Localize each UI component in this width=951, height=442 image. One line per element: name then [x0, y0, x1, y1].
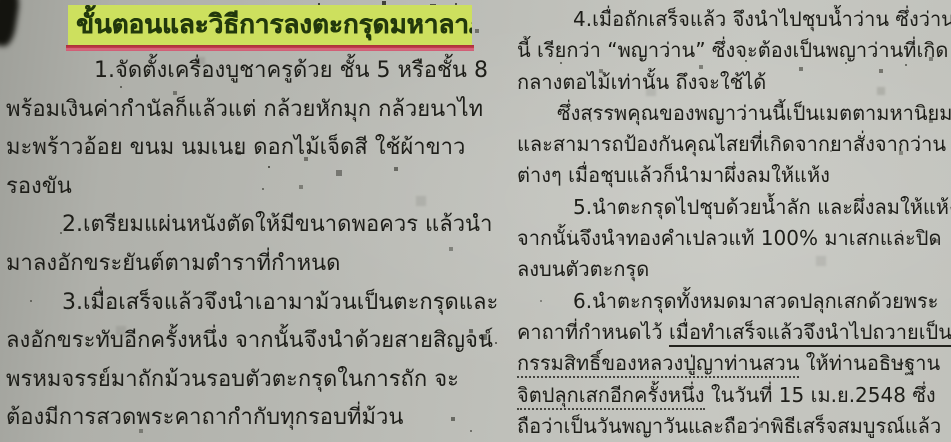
text-line: จิตปลุกเสกอีกครั้งหนึ่ง ในวันที่ 15 เม.ย… — [517, 380, 951, 411]
text-line: จากนั้นจึงนำทองคำเปลวแท้ 100% มาเสกและปิ… — [517, 223, 951, 254]
phrase: ให้ท่านอธิษฐาน — [799, 351, 940, 375]
text-line: 5.นำตะกรุดไปชุบด้วยน้ำลัก และผึ่งลมให้แห… — [517, 192, 951, 223]
text-line: ต้องมีการสวดพระคาถากำกับทุกรอบที่ม้วน — [6, 399, 515, 438]
text-line: คาถาที่กำหนดไว้ เมื่อทำเสร็จแล้วจึงนำไปถ… — [517, 317, 951, 348]
text-line: ต่างๆ เมื่อชุบแล้วก็นำมาผึ่งลมให้แห้ง — [517, 160, 951, 191]
right-column: 4.เมื่อถักเสร็จแล้ว จึงนำไปชุบน้ำว่าน ซึ… — [517, 4, 951, 442]
text-line: พรหมจรรย์มาถักม้วนรอบตัวตะกรุดในการถัก จ… — [6, 361, 515, 400]
text-line: นี้ เรียกว่า “พญาว่าน” ซึ่งจะต้องเป็นพญา… — [517, 35, 951, 66]
text-line: กลางตอไม้เท่านั้น ถึงจะใช้ได้ — [517, 67, 951, 98]
corner-smudge-decoration — [0, 0, 21, 48]
title-underline-decoration — [66, 45, 474, 51]
text-line: และสามารถป้องกันคุณไสยที่เกิดจากยาสั่งจา… — [517, 129, 951, 160]
text-line: 4.เมื่อถักเสร็จแล้ว จึงนำไปชุบน้ำว่าน ซึ… — [517, 4, 951, 35]
phrase: ในวันที่ 15 เม.ย.2548 ซึ่ง — [705, 383, 936, 407]
text-line: 6.นำตะกรุดทั้งหมดมาสวดปลุกเสกด้วยพระ — [517, 286, 951, 317]
text-line: มะพร้าวอ้อย ขนม นมเนย ดอกไม้เจ็ดสี ใช้ผ้… — [6, 129, 515, 168]
text-line: 2.เตรียมแผ่นหนังตัดให้มีขนาดพอควร แล้วนำ — [6, 206, 515, 245]
underlined-phrase: เมื่อทำเสร็จแล้วจึงนำไปถวายเป็น — [669, 320, 951, 347]
underlined-phrase: กรรมสิทธิ์ของหลวงปู่ญาท่านสวน — [517, 351, 799, 378]
text-line: ลงอักขระทับอีกครั้งหนึ่ง จากนั้นจึงนำด้ว… — [6, 322, 515, 361]
document-photo: ขั้นตอนและวิธีการลงตะกรุดมหาลาภ 1.จัดตั้… — [0, 0, 951, 442]
text-line: ลงบนตัวตะกรุด — [517, 254, 951, 285]
underlined-phrase: จิตปลุกเสกอีกครั้งหนึ่ง — [517, 383, 705, 410]
phrase: คาถาที่กำหนดไว้ — [517, 320, 669, 344]
text-line: กรรมสิทธิ์ของหลวงปู่ญาท่านสวน ให้ท่านอธิ… — [517, 348, 951, 379]
left-column: 1.จัดตั้งเครื่องบูชาครูด้วย ชั้น 5 หรือช… — [6, 52, 515, 438]
page-title: ขั้นตอนและวิธีการลงตะกรุดมหาลาภ — [68, 5, 472, 45]
text-line: มาลงอักขระยันต์ตามตำราที่กำหนด — [6, 245, 515, 284]
page-title-text: ขั้นตอนและวิธีการลงตะกรุดมหาลาภ — [76, 10, 472, 40]
text-line: รองขัน — [6, 168, 515, 207]
text-line: พร้อมเงินค่ากำนัลก็แล้วแต่ กล้วยหักมุก ก… — [6, 91, 515, 130]
paper-speckles-decoration — [0, 0, 2, 2]
text-line: 1.จัดตั้งเครื่องบูชาครูด้วย ชั้น 5 หรือช… — [6, 52, 515, 91]
text-line: ซึ่งสรรพคุณของพญาว่านนี้เป็นเมตตามหานิยม — [517, 98, 951, 129]
text-line: 3.เมื่อเสร็จแล้วจึงนำเอามาม้วนเป็นตะกรุด… — [6, 284, 515, 323]
text-line: ถือว่าเป็นวันพญาวันและถือว่าพิธีเสร็จสมบ… — [517, 411, 951, 442]
